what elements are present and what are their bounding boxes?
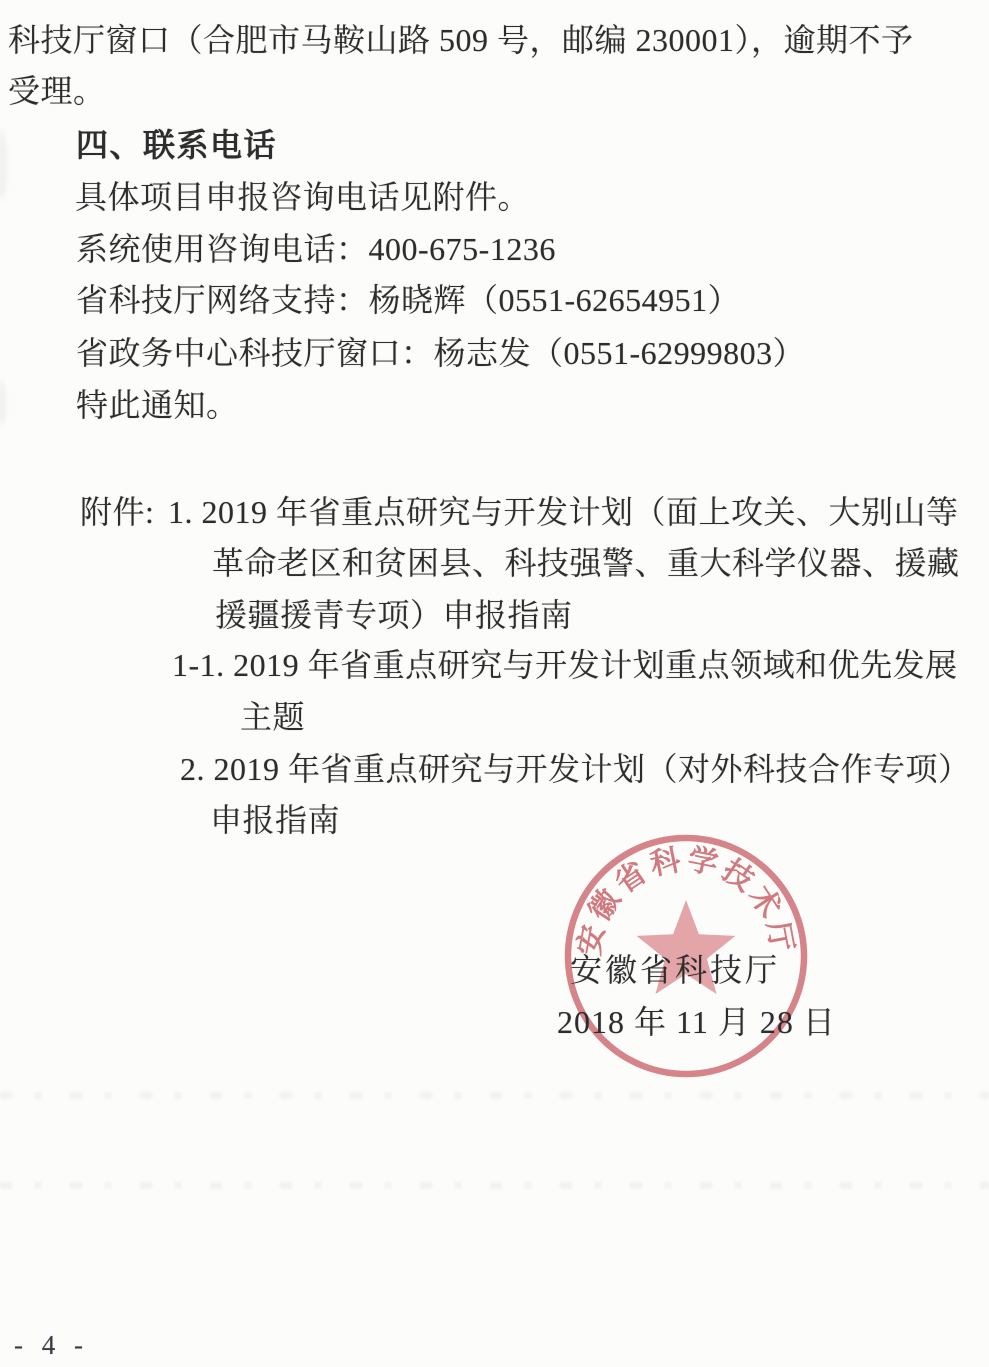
contact-line-notice-close: 特此通知。 [76, 380, 239, 426]
signature-date: 2018 年 11 月 28 日 [557, 997, 836, 1043]
scan-artifact [0, 1092, 989, 1099]
contact-line-attachment-note: 具体项目申报咨询电话见附件。 [75, 172, 530, 218]
contact-line-service-window: 省政务中心科技厅窗口：杨志发（0551-62999803） [76, 328, 805, 374]
attachment-item2-line1: 2. 2019 年省重点研究与开发计划（对外科技合作专项） [180, 744, 971, 790]
body-line-address: 科技厅窗口（合肥市马鞍山路 509 号，邮编 230001），逾期不予 [8, 15, 914, 61]
scan-artifact [0, 1182, 989, 1189]
section-heading-contact: 四、联系电话 [76, 120, 277, 166]
attachment-item2-line2: 申报指南 [210, 795, 340, 841]
attachment-label: 附件: [80, 487, 154, 533]
attachment-item1-1-line2: 主题 [240, 692, 305, 738]
body-line-acceptance: 受理。 [8, 66, 106, 112]
scan-artifact [0, 130, 7, 200]
contact-line-system-hotline: 系统使用咨询电话：400-675-1236 [76, 224, 556, 270]
scanned-document-page: 科技厅窗口（合肥市马鞍山路 509 号，邮编 230001），逾期不予 受理。 … [0, 0, 989, 1367]
attachment-item1-line2: 革命老区和贫困县、科技强警、重大科学仪器、援藏 [212, 538, 960, 584]
attachment-item1-line1: 1. 2019 年省重点研究与开发计划（面上攻关、大别山等 [168, 487, 959, 533]
scan-artifact [0, 380, 6, 426]
signature-organization: 安徽省科技厅 [570, 945, 780, 991]
attachment-item1-1-line1: 1-1. 2019 年省重点研究与开发计划重点领域和优先发展 [172, 640, 958, 686]
contact-line-network-support: 省科技厅网络支持：杨晓辉（0551-62654951） [76, 275, 740, 321]
attachment-item1-line3: 援疆援青专项）申报指南 [215, 590, 573, 636]
page-number: - 4 - [14, 1330, 89, 1361]
